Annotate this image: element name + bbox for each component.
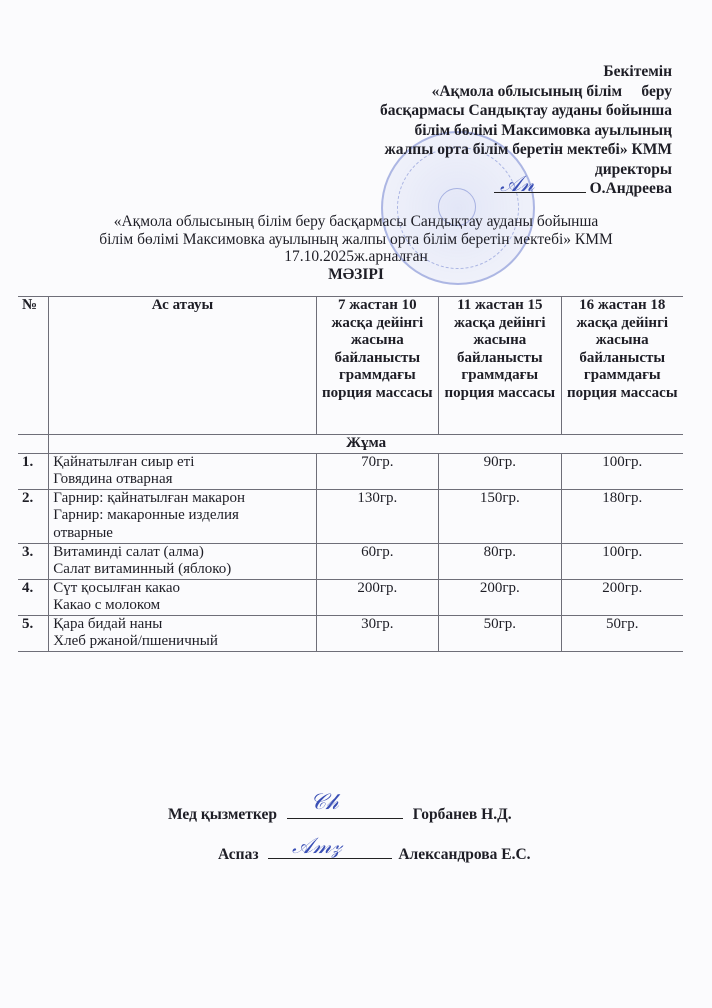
- header-number: №: [18, 297, 49, 435]
- portion-16-18: 100гр.: [561, 453, 683, 489]
- table-row: 4. Сүт қосылған какаоКакао с молоком 200…: [18, 579, 683, 615]
- date-line: 17.10.2025ж.арналған: [0, 248, 712, 266]
- approval-line: «Ақмола облысының білім беру: [380, 82, 672, 102]
- portion-7-10: 200гр.: [316, 579, 438, 615]
- medic-label: Мед қызметкер: [168, 806, 277, 823]
- dish-name-kz: Витаминді салат (алма): [53, 544, 311, 562]
- portion-11-15: 200гр.: [439, 579, 561, 615]
- cook-signature-underline: [268, 858, 392, 859]
- portion-7-10: 70гр.: [316, 453, 438, 489]
- dish-name-ru: Какао с молоком: [53, 597, 311, 615]
- table-header-row: № Ас атауы 7 жастан 10 жасқа дейінгі жас…: [18, 297, 683, 435]
- dish-name-kz: Қайнатылған сиыр еті: [53, 454, 311, 472]
- table-row: 2. Гарнир: қайнатылған макаронГарнир: ма…: [18, 489, 683, 543]
- portion-11-15: 150гр.: [439, 489, 561, 543]
- portion-16-18: 180гр.: [561, 489, 683, 543]
- medic-signature-row: Мед қызметкер Горбанев Н.Д.: [168, 806, 512, 824]
- day-row: Жұма: [18, 435, 683, 454]
- cook-name: Александрова Е.С.: [398, 846, 530, 863]
- row-number: 1.: [18, 453, 49, 489]
- header-age-11-15: 11 жастан 15 жасқа дейінгі жасына байлан…: [439, 297, 561, 435]
- header-age-7-10: 7 жастан 10 жасқа дейінгі жасына байланы…: [316, 297, 438, 435]
- row-number: 3.: [18, 543, 49, 579]
- cook-signature-row: Аспаз Александрова Е.С.: [218, 846, 531, 864]
- row-number: 2.: [18, 489, 49, 543]
- medic-signature-underline: [287, 818, 403, 819]
- cook-label: Аспаз: [218, 846, 259, 863]
- dish-name-ru: Говядина отварная: [53, 471, 311, 489]
- dish-name-ru: Салат витаминный (яблоко): [53, 561, 311, 579]
- organization-header: «Ақмола облысының білім беру басқармасы …: [0, 213, 712, 283]
- menu-table: № Ас атауы 7 жастан 10 жасқа дейінгі жас…: [18, 296, 683, 652]
- dish-name: Витаминді салат (алма)Салат витаминный (…: [49, 543, 316, 579]
- director-signature-line: О.Андреева: [380, 179, 672, 199]
- director-name: О.Андреева: [590, 180, 672, 197]
- table-row: 1. Қайнатылған сиыр етіГовядина отварная…: [18, 453, 683, 489]
- approval-line: басқармасы Сандықтау ауданы бойынша: [380, 101, 672, 121]
- table-row: 3. Витаминді салат (алма)Салат витаминны…: [18, 543, 683, 579]
- day-label: Жұма: [49, 435, 683, 454]
- org-line-2: білім бөлімі Максимовка ауылының жалпы о…: [0, 231, 712, 249]
- table-row: 5. Қара бидай наныХлеб ржаной/пшеничный …: [18, 615, 683, 651]
- menu-title: МӘЗІРІ: [0, 266, 712, 284]
- portion-7-10: 60гр.: [316, 543, 438, 579]
- dish-name: Қара бидай наныХлеб ржаной/пшеничный: [49, 615, 316, 651]
- org-line-1: «Ақмола облысының білім беру басқармасы …: [0, 213, 712, 231]
- portion-16-18: 50гр.: [561, 615, 683, 651]
- portion-11-15: 90гр.: [439, 453, 561, 489]
- portion-16-18: 100гр.: [561, 543, 683, 579]
- dish-name-ru: Хлеб ржаной/пшеничный: [53, 633, 311, 651]
- dish-name-kz: Гарнир: қайнатылған макарон: [53, 490, 311, 508]
- row-number: 5.: [18, 615, 49, 651]
- portion-16-18: 200гр.: [561, 579, 683, 615]
- dish-name: Қайнатылған сиыр етіГовядина отварная: [49, 453, 316, 489]
- dish-name: Сүт қосылған какаоКакао с молоком: [49, 579, 316, 615]
- portion-11-15: 50гр.: [439, 615, 561, 651]
- approval-line: Бекітемін: [380, 62, 672, 82]
- approval-line: директоры: [380, 160, 672, 180]
- approval-block: Бекітемін «Ақмола облысының білім беру б…: [380, 62, 672, 199]
- dish-name-kz: Сүт қосылған какао: [53, 580, 311, 598]
- header-age-16-18: 16 жастан 18 жасқа дейінгі жасына байлан…: [561, 297, 683, 435]
- approval-line: білім бөлімі Максимовка ауылының: [380, 121, 672, 141]
- approval-line: жалпы орта білім беретін мектебі» КММ: [380, 140, 672, 160]
- portion-7-10: 30гр.: [316, 615, 438, 651]
- signature-underline: [494, 192, 586, 193]
- medic-name: Горбанев Н.Д.: [413, 806, 512, 823]
- dish-name-kz: Қара бидай наны: [53, 616, 311, 634]
- header-dish-name: Ас атауы: [49, 297, 316, 435]
- dish-name: Гарнир: қайнатылған макаронГарнир: макар…: [49, 489, 316, 543]
- row-number: 4.: [18, 579, 49, 615]
- portion-11-15: 80гр.: [439, 543, 561, 579]
- dish-name-ru: Гарнир: макаронные изделия отварные: [53, 507, 253, 542]
- portion-7-10: 130гр.: [316, 489, 438, 543]
